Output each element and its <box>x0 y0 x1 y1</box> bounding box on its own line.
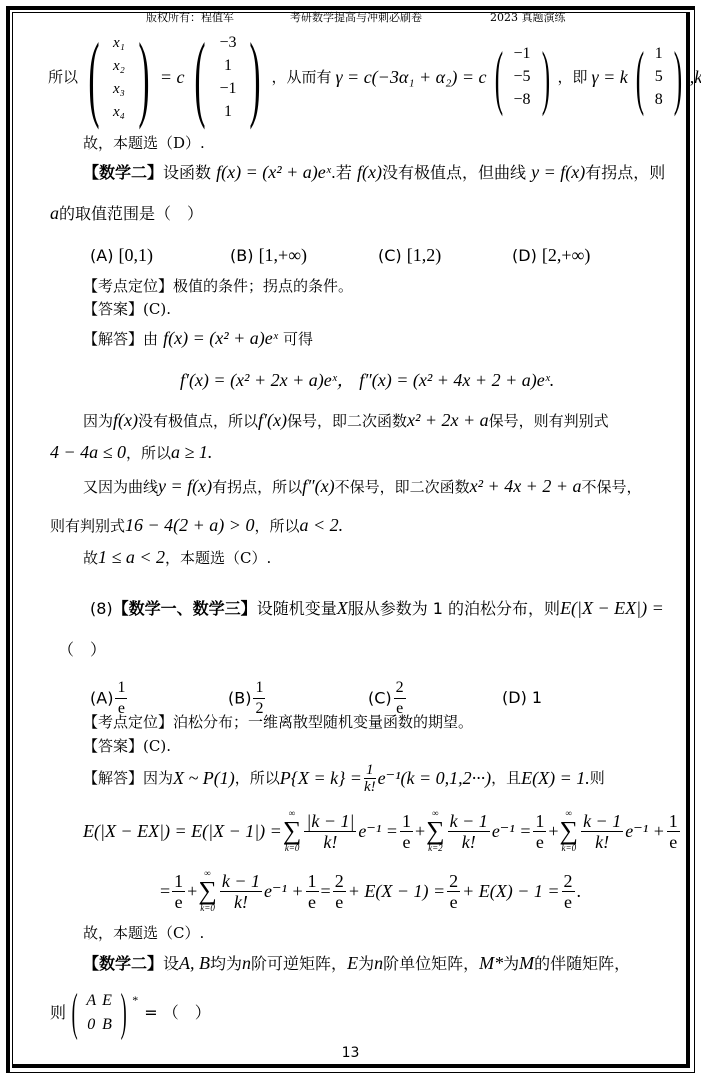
q8-conclusion: 故，本题选（C）. <box>83 923 204 943</box>
option-d[interactable]: (D) 1 <box>502 688 542 708</box>
q8-jieda: 【解答】因为X ~ P(1)，所以 P{X = k} = 1k! e⁻¹(k =… <box>83 760 605 796</box>
solution-vector-line: 所以 ( x₁x₂x₃x₄ ) = c ( −31−11 ) ，从而有 γ = … <box>48 30 701 124</box>
q8-answer: 【答案】(C). <box>83 736 171 756</box>
q9-stem-line2: 则 ( A0 EB ) * = （ ） <box>50 988 211 1038</box>
vector-x: ( x₁x₂x₃x₄ ) <box>78 31 160 123</box>
math: γ = k <box>592 67 628 87</box>
question-stem-line1: 【数学二】设函数 f(x) = (x² + a)eˣ.若 f(x)没有极值点，但… <box>83 162 665 183</box>
conclusion-d: 故，本题选（D）. <box>83 133 205 153</box>
header-copyright: 版权所有：程值军 <box>146 9 234 25</box>
option-b[interactable]: (B) [1,+∞) <box>230 245 307 266</box>
math: = c <box>160 67 185 87</box>
option-a[interactable]: (A) [0,1) <box>90 245 153 266</box>
q8-kaodian: 【考点定位】泊松分布；一维离散型随机变量函数的期望。 <box>83 712 473 732</box>
derivatives: f′(x) = (x² + 2x + a)eˣ， f″(x) = (x² + 4… <box>180 370 554 390</box>
text: 所以 <box>48 67 78 87</box>
vector-k: ( 158 ) <box>628 42 690 112</box>
header-book-title: 考研数学提高与冲刺必刷卷 <box>290 9 422 25</box>
conclusion-c: 故1 ≤ a < 2，本题选（C）. <box>83 547 271 568</box>
vector-c: ( −31−11 ) <box>184 31 271 123</box>
math: γ = c(−3α₁ + α₂) = c <box>335 67 486 87</box>
question-stem-line2: a的取值范围是（ ） <box>50 203 203 224</box>
option-d[interactable]: (D) [2,+∞) <box>512 245 590 266</box>
q8-blank: （ ） <box>58 640 106 660</box>
page-header: 版权所有：程值军 考研数学提高与冲刺必刷卷 2023 真题演练 <box>0 9 701 25</box>
para2-line1: 又因为曲线y = f(x)有拐点，所以f″(x)不保号，即二次函数x² + 4x… <box>83 476 642 497</box>
block-matrix: ( A0 EB ) <box>66 989 132 1037</box>
kaodian: 【考点定位】极值的条件；拐点的条件。 <box>83 276 353 296</box>
option-c[interactable]: (C) [1,2) <box>378 245 441 266</box>
q8-equation-2: = 1e + ∞∑k=0 k − 1k! e⁻¹ + 1e = 2e + E(X… <box>160 864 581 918</box>
page-number: 13 <box>0 1045 701 1061</box>
para1-line1: 因为f(x)没有极值点，所以f′(x)保号，即二次函数x² + 2x + a保号… <box>83 410 609 431</box>
q8-stem-line1: (8)【数学一、数学三】设随机变量X服从参数为 1 的泊松分布，则E(|X − … <box>90 598 664 619</box>
options-row: (A) [0,1) (B) [1,+∞) (C) [1,2) (D) [2,+∞… <box>90 245 650 267</box>
answer: 【答案】(C). <box>83 299 171 319</box>
vector-gamma: ( −1−5−8 ) <box>487 42 558 112</box>
para1-line2: 4 − 4a ≤ 0，所以a ≥ 1. <box>50 442 212 463</box>
para2-line2: 则有判别式16 − 4(2 + a) > 0，所以a < 2. <box>50 515 343 536</box>
jieda-line: 【解答】由 f(x) = (x² + a)eˣ 可得 <box>83 328 313 349</box>
q9-stem-line1: 【数学二】设A, B均为n阶可逆矩阵，E为n阶单位矩阵，M*为M的伴随矩阵， <box>83 953 630 974</box>
header-section: 2023 真题演练 <box>490 9 566 25</box>
q8-equation-1: E(|X − EX|) = E(|X − 1|) = ∞∑k=0 |k − 1|… <box>83 804 682 858</box>
